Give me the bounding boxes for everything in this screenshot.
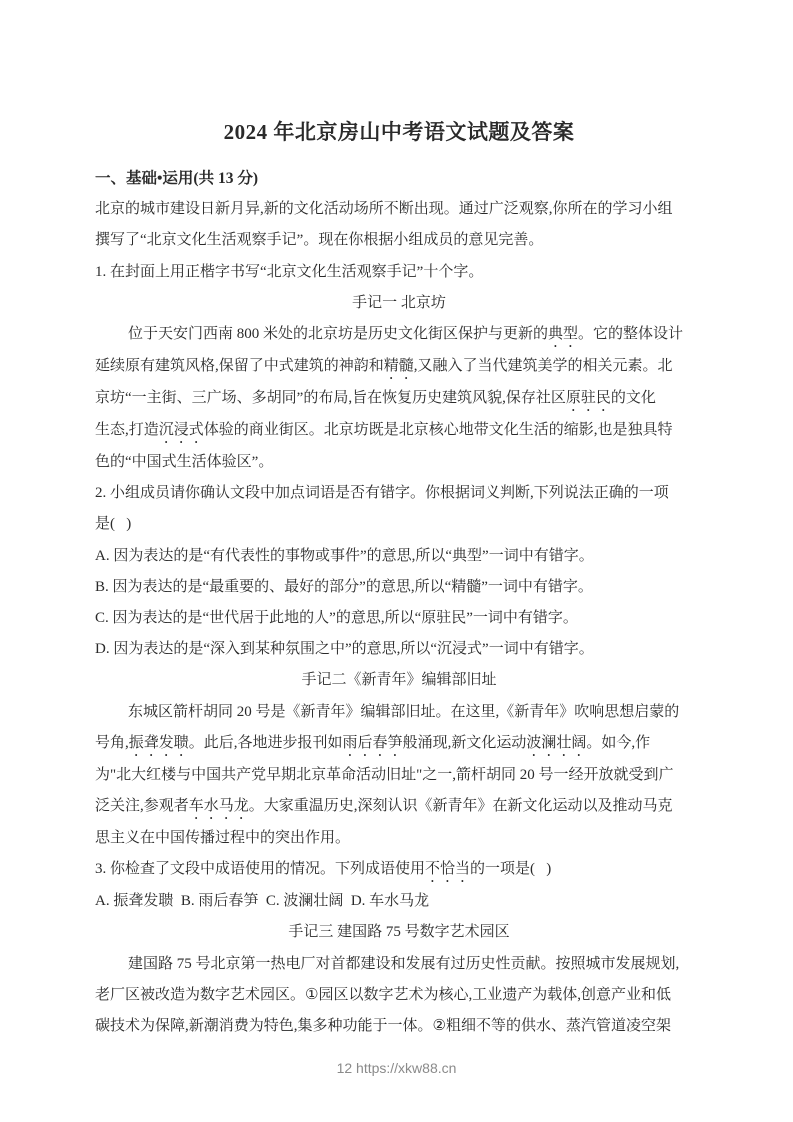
text-run: 3. 你检查了文段中成语使用的情况。下列成语使用 [95, 861, 425, 877]
intro-line-2: 撰写了“北京文化生活观察手记”。现在你根据小组成员的意见完善。 [95, 225, 703, 256]
emphasized-term: 沉浸式 [159, 422, 204, 438]
question-2-option-c: C. 因为表达的是“世代居于此地的人”的意思,所以“原驻民”一词中有错字。 [95, 603, 703, 634]
text-run: 京坊“一主街、三广场、多胡同”的布局,旨在恢复历史建筑风貌,保存社区 [95, 390, 566, 406]
text-run: 碳技术为保障,新潮消费为特色,集多种功能于一体。②粗细不等的供水、蒸汽管道凌空架 [95, 1018, 671, 1034]
emphasized-term: 雨后春笋 [343, 735, 403, 751]
note-3-line-2: 老厂区被改造为数字艺术园区。①园区以数字艺术为核心,工业遗产为载体,创意产业和低 [95, 980, 703, 1011]
note-1-line-5: 色的“中国式生活体验区”。 [95, 447, 703, 478]
exam-document-page: 2024 年北京房山中考语文试题及答案一、基础•运用(共 13 分)北京的城市建… [0, 0, 793, 1122]
text-run: 老厂区被改造为数字艺术园区。①园区以数字艺术为核心,工业遗产为载体,创意产业和低 [95, 987, 671, 1003]
text-run: 为"北大红楼与中国共产党早期北京革命活动旧址"之一,箭杆胡同 20 号一经开放就… [95, 767, 674, 783]
note-2-line-4: 泛关注,参观者车水马龙。大家重温历史,深刻认识《新青年》在新文化运动以及推动马克 [95, 791, 703, 823]
text-run: 建国路 75 号北京第一热电厂对首都建设和发展有过历史性贡献。按照城市发展规划, [128, 956, 679, 972]
emphasized-term: 典型 [548, 326, 578, 342]
question-2-line-2: 是( ) [95, 509, 703, 540]
note-2-line-1: 东城区箭杆胡同 20 号是《新青年》编辑部旧址。在这里,《新青年》吹响思想启蒙的 [95, 697, 703, 728]
text-run: A. 振聋发聩 B. 雨后春笋 C. 波澜壮阔 D. 车水马龙 [95, 893, 429, 909]
text-run: 。此后,各地进步报刊如 [189, 735, 343, 751]
text-run: 1. 在封面上用正楷字书写“北京文化生活观察手记”十个字。 [95, 264, 483, 280]
emphasized-term: 车水马龙 [189, 798, 249, 814]
text-run: 生态,打造 [95, 422, 159, 438]
text-run: 位于天安门西南 800 米处的北京坊是历史文化街区保护与更新的 [128, 326, 548, 342]
text-run: 。它的整体设计 [578, 326, 683, 342]
text-run: 色的“中国式生活体验区”。 [95, 454, 273, 470]
note-2-title: 手记二《新青年》编辑部旧址 [95, 665, 703, 696]
text-run: 2. 小组成员请你确认文段中加点词语是否有错字。你根据词义判断,下列说法正确的一… [95, 485, 669, 501]
note-2-line-2: 号角,振聋发聩。此后,各地进步报刊如雨后春笋般涌现,新文化运动波澜壮阔。如今,作 [95, 728, 703, 760]
text-run: 东城区箭杆胡同 20 号是《新青年》编辑部旧址。在这里,《新青年》吹响思想启蒙的 [128, 704, 679, 720]
question-2-line-1: 2. 小组成员请你确认文段中加点词语是否有错字。你根据词义判断,下列说法正确的一… [95, 478, 703, 509]
text-run: 般涌现,新文化运动 [403, 735, 527, 751]
note-1-line-4: 生态,打造沉浸式体验的商业街区。北京坊既是北京核心地带文化生活的缩影,也是独具特 [95, 415, 703, 447]
text-run: 一、基础•运用(共 13 分) [95, 170, 258, 187]
emphasized-term: 原驻民 [566, 390, 611, 406]
text-run: 北京的城市建设日新月异,新的文化活动场所不断出现。通过广泛观察,你所在的学习小组 [95, 201, 673, 217]
page-footer: 12 https://xkw88.cn [0, 1060, 793, 1076]
emphasized-term: 波澜壮阔 [526, 735, 586, 751]
text-run: 撰写了“北京文化生活观察手记”。现在你根据小组成员的意见完善。 [95, 232, 543, 248]
emphasized-term: 振聋发聩 [129, 735, 189, 751]
text-run: 延续原有建筑风格,保留了中式建筑的神韵和 [95, 358, 384, 374]
text-run: 体验的商业街区。北京坊既是北京核心地带文化生活的缩影,也是独具特 [204, 422, 673, 438]
text-run: D. 因为表达的是“深入到某种氛围之中”的意思,所以“沉浸式”一词中有错字。 [95, 641, 594, 657]
question-3: 3. 你检查了文段中成语使用的情况。下列成语使用不恰当的一项是( ) [95, 854, 703, 886]
intro-line-1: 北京的城市建设日新月异,新的文化活动场所不断出现。通过广泛观察,你所在的学习小组 [95, 194, 703, 225]
text-run: 的一项是( ) [470, 861, 551, 877]
question-2-option-a: A. 因为表达的是“有代表性的事物或事件”的意思,所以“典型”一词中有错字。 [95, 541, 703, 572]
note-3-title: 手记三 建国路 75 号数字艺术园区 [95, 917, 703, 948]
note-2-line-3: 为"北大红楼与中国共产党早期北京革命活动旧址"之一,箭杆胡同 20 号一经开放就… [95, 760, 703, 791]
text-run: 是( ) [95, 516, 131, 532]
note-1-line-1: 位于天安门西南 800 米处的北京坊是历史文化街区保护与更新的典型。它的整体设计 [95, 319, 703, 351]
document-content: 2024 年北京房山中考语文试题及答案一、基础•运用(共 13 分)北京的城市建… [95, 0, 703, 1042]
note-1-title: 手记一 北京坊 [95, 288, 703, 319]
text-run: 思主义在中国传播过程中的突出作用。 [95, 830, 350, 846]
text-run: 。如今,作 [586, 735, 650, 751]
text-run: 泛关注,参观者 [95, 798, 189, 814]
exam-title: 2024 年北京房山中考语文试题及答案 [95, 117, 703, 147]
note-1-line-3: 京坊“一主街、三广场、多胡同”的布局,旨在恢复历史建筑风貌,保存社区原驻民的文化 [95, 383, 703, 415]
text-run: C. 因为表达的是“世代居于此地的人”的意思,所以“原驻民”一词中有错字。 [95, 610, 578, 626]
question-1: 1. 在封面上用正楷字书写“北京文化生活观察手记”十个字。 [95, 257, 703, 288]
text-run: ,又融入了当代建筑美学的相关元素。北 [414, 358, 673, 374]
note-3-line-3: 碳技术为保障,新潮消费为特色,集多种功能于一体。②粗细不等的供水、蒸汽管道凌空架 [95, 1011, 703, 1042]
question-2-option-b: B. 因为表达的是“最重要的、最好的部分”的意思,所以“精髓”一词中有错字。 [95, 572, 703, 603]
question-2-option-d: D. 因为表达的是“深入到某种氛围之中”的意思,所以“沉浸式”一词中有错字。 [95, 634, 703, 665]
section-1-heading: 一、基础•运用(共 13 分) [95, 163, 703, 194]
text-run: B. 因为表达的是“最重要的、最好的部分”的意思,所以“精髓”一词中有错字。 [95, 579, 593, 595]
text-run: 手记一 北京坊 [352, 295, 446, 311]
text-run: 手记三 建国路 75 号数字艺术园区 [288, 924, 509, 940]
note-3-line-1: 建国路 75 号北京第一热电厂对首都建设和发展有过历史性贡献。按照城市发展规划, [95, 949, 703, 980]
text-run: 的文化 [611, 390, 656, 406]
text-run: A. 因为表达的是“有代表性的事物或事件”的意思,所以“典型”一词中有错字。 [95, 548, 594, 564]
emphasized-term: 精髓 [384, 358, 414, 374]
note-1-line-2: 延续原有建筑风格,保留了中式建筑的神韵和精髓,又融入了当代建筑美学的相关元素。北 [95, 351, 703, 383]
text-run: 手记二《新青年》编辑部旧址 [301, 672, 496, 688]
question-3-options: A. 振聋发聩 B. 雨后春笋 C. 波澜壮阔 D. 车水马龙 [95, 886, 703, 917]
note-2-line-5: 思主义在中国传播过程中的突出作用。 [95, 823, 703, 854]
text-run: 。大家重温历史,深刻认识《新青年》在新文化运动以及推动马克 [249, 798, 673, 814]
text-run: 2024 年北京房山中考语文试题及答案 [224, 120, 575, 144]
emphasized-term: 不恰当 [425, 861, 470, 877]
text-run: 号角, [95, 735, 129, 751]
